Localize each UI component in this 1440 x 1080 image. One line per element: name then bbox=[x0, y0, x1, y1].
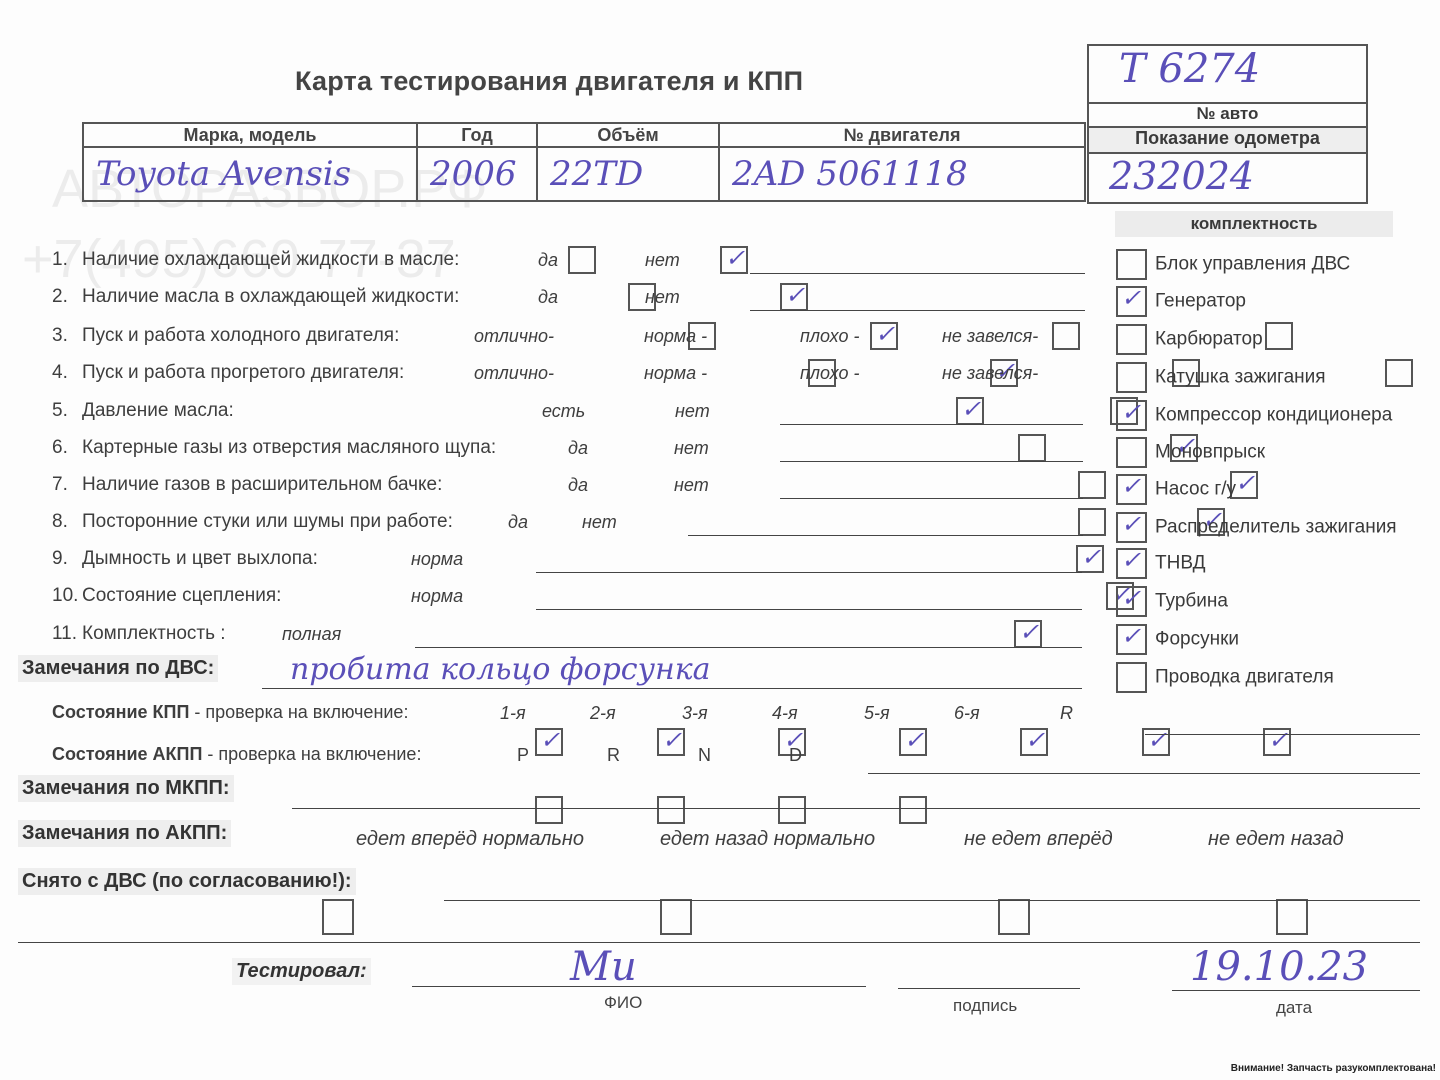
option-label: нет bbox=[582, 507, 617, 537]
gear-checkbox[interactable] bbox=[1142, 728, 1170, 756]
year-field[interactable]: 2006 bbox=[417, 147, 537, 201]
completeness-item[interactable]: Насос г/у bbox=[1114, 474, 1236, 506]
checkbox[interactable] bbox=[1116, 286, 1147, 317]
note-line[interactable] bbox=[750, 273, 1085, 274]
checkbox[interactable] bbox=[956, 397, 984, 425]
gear-checkbox[interactable] bbox=[1020, 728, 1048, 756]
check-row: 10.Состояние сцепления: bbox=[52, 580, 281, 612]
check-row: 5.Давление масла: bbox=[52, 395, 234, 427]
option-label: нет bbox=[645, 282, 680, 312]
mode-checkbox[interactable] bbox=[535, 796, 563, 824]
checkbox[interactable] bbox=[1116, 400, 1147, 431]
checkbox[interactable] bbox=[1116, 624, 1147, 655]
akpp-checkbox[interactable] bbox=[322, 899, 354, 935]
akpp-checkbox[interactable] bbox=[1276, 899, 1308, 935]
option-label: не завелся- bbox=[942, 321, 1038, 351]
date-field[interactable]: 19.10.23 bbox=[1190, 944, 1368, 990]
checkbox[interactable] bbox=[1078, 471, 1106, 499]
checkbox[interactable] bbox=[1116, 437, 1147, 468]
note-line[interactable] bbox=[536, 609, 1082, 610]
completeness-item[interactable]: Карбюратор bbox=[1114, 324, 1263, 356]
footer-warning: Внимание! Запчасть разукомплектована! bbox=[1231, 1063, 1436, 1074]
gear-checkbox[interactable] bbox=[1263, 728, 1291, 756]
option-label: норма - bbox=[644, 321, 707, 351]
page-title: Карта тестирования двигателя и КПП bbox=[295, 66, 803, 97]
col-engine-number: № двигателя bbox=[719, 123, 1085, 147]
option-label: да bbox=[538, 245, 558, 275]
col-year: Год bbox=[417, 123, 537, 147]
note-line[interactable] bbox=[415, 647, 1082, 648]
check-row: 6.Картерные газы из отверстия масляного … bbox=[52, 432, 496, 464]
akpp-checkbox[interactable] bbox=[660, 899, 692, 935]
odometer-label: Показание одометра bbox=[1089, 128, 1366, 154]
col-make-model: Марка, модель bbox=[83, 123, 417, 147]
note-line[interactable] bbox=[688, 535, 1083, 536]
note-line[interactable] bbox=[750, 310, 1085, 311]
option-label: да bbox=[508, 507, 528, 537]
checkbox[interactable] bbox=[1116, 662, 1147, 693]
check-row: 8.Посторонние стуки или шумы при работе: bbox=[52, 506, 453, 538]
removed-label: Снято с ДВС (по согласованию!): bbox=[18, 868, 356, 895]
signature-field[interactable] bbox=[898, 988, 1080, 989]
gear-checkbox[interactable] bbox=[899, 728, 927, 756]
mode-label: N bbox=[698, 740, 711, 770]
checkbox[interactable] bbox=[1116, 249, 1147, 280]
check-row: 9.Дымность и цвет выхлопа: bbox=[52, 543, 318, 575]
option-label: да bbox=[568, 433, 588, 463]
completeness-item[interactable]: Распределитель зажигания bbox=[1114, 512, 1397, 544]
completeness-item[interactable]: Проводка двигателя bbox=[1114, 662, 1334, 694]
checkbox[interactable] bbox=[1116, 512, 1147, 543]
manual-gearbox-label: Состояние КПП - проверка на включение: bbox=[52, 696, 408, 728]
checkbox[interactable] bbox=[1116, 362, 1147, 393]
completeness-item[interactable]: Форсунки bbox=[1114, 624, 1239, 656]
option-label: не завелся- bbox=[942, 358, 1038, 388]
option-label: плохо - bbox=[800, 358, 859, 388]
date-caption: дата bbox=[1276, 998, 1312, 1018]
mkpp-remarks-label: Замечания по МКПП: bbox=[18, 775, 234, 802]
akpp-checkbox[interactable] bbox=[998, 899, 1030, 935]
option-label: норма - bbox=[644, 358, 707, 388]
name-caption: ФИО bbox=[604, 993, 642, 1013]
checkbox[interactable] bbox=[1116, 586, 1147, 617]
checkbox[interactable] bbox=[1265, 322, 1293, 350]
auto-number-label: № авто bbox=[1089, 104, 1366, 128]
check-row: 11.Комплектность : bbox=[52, 618, 226, 650]
check-row: 2.Наличие масла в охлаждающей жидкости: bbox=[52, 281, 459, 313]
completeness-item[interactable]: Катушка зажигания bbox=[1114, 362, 1326, 394]
mode-label: D bbox=[789, 740, 802, 770]
option-label: норма bbox=[411, 544, 463, 574]
auto-number-field[interactable]: T 6274 bbox=[1089, 46, 1366, 104]
engine-number-field[interactable]: 2AD 5061118 bbox=[719, 147, 1085, 201]
divider bbox=[18, 942, 1420, 943]
option-label: отлично- bbox=[474, 358, 554, 388]
gear-checkbox[interactable] bbox=[657, 728, 685, 756]
mode-checkbox[interactable] bbox=[899, 796, 927, 824]
mode-label: R bbox=[607, 740, 620, 770]
completeness-item[interactable]: Генератор bbox=[1114, 286, 1246, 318]
checkbox[interactable] bbox=[1014, 620, 1042, 648]
mode-checkbox[interactable] bbox=[657, 796, 685, 824]
volume-field[interactable]: 22TD bbox=[537, 147, 719, 201]
signature-caption: подпись bbox=[953, 996, 1017, 1016]
option-label: нет bbox=[674, 433, 709, 463]
gear-label: R bbox=[1060, 698, 1073, 728]
mkpp-remarks-field[interactable] bbox=[292, 808, 1420, 809]
completeness-item[interactable]: ТНВД bbox=[1114, 548, 1205, 580]
checkbox[interactable] bbox=[1076, 545, 1104, 573]
engine-remarks-field[interactable]: пробита кольцо форсунка bbox=[290, 652, 711, 687]
checkbox[interactable] bbox=[1116, 548, 1147, 579]
checkbox[interactable] bbox=[568, 246, 596, 274]
akpp-option-label: не едет назад bbox=[1208, 824, 1344, 854]
option-label: есть bbox=[542, 396, 585, 426]
check-row: 3.Пуск и работа холодного двигателя: bbox=[52, 320, 399, 352]
note-line[interactable] bbox=[780, 424, 1083, 425]
option-label: нет bbox=[645, 245, 680, 275]
tested-by-label: Тестировал: bbox=[232, 958, 371, 985]
check-row: 7.Наличие газов в расширительном бачке: bbox=[52, 469, 442, 501]
gear-label: 4-я bbox=[772, 698, 798, 728]
auto-odometer-box: T 6274 № авто Показание одометра 232024 bbox=[1087, 44, 1368, 204]
akpp-option-label: едет вперёд нормально bbox=[356, 824, 584, 854]
gear-checkbox[interactable] bbox=[535, 728, 563, 756]
mode-label: P bbox=[517, 740, 529, 770]
completeness-item[interactable]: Турбина bbox=[1114, 586, 1228, 618]
gear-label: 2-я bbox=[590, 698, 616, 728]
name-field[interactable]: Ми bbox=[570, 944, 637, 990]
completeness-item[interactable]: Моновпрыск bbox=[1114, 437, 1265, 469]
akpp-option-label: не едет вперёд bbox=[964, 824, 1113, 854]
checkbox[interactable] bbox=[1018, 434, 1046, 462]
checkbox[interactable] bbox=[1078, 508, 1106, 536]
make-model-field[interactable]: Toyota Avensis bbox=[83, 147, 417, 201]
checkbox[interactable] bbox=[1052, 322, 1080, 350]
note-line[interactable] bbox=[536, 572, 1082, 573]
option-label: да bbox=[568, 470, 588, 500]
completeness-item[interactable]: Компрессор кондиционера bbox=[1114, 400, 1392, 432]
option-label: да bbox=[538, 282, 558, 312]
akpp-remarks-label: Замечания по АКПП: bbox=[18, 820, 231, 847]
option-label: нет bbox=[674, 470, 709, 500]
akpp-option-label: едет назад нормально bbox=[660, 824, 875, 854]
option-label: отлично- bbox=[474, 321, 554, 351]
note-line[interactable] bbox=[780, 461, 1083, 462]
gear-label: 6-я bbox=[954, 698, 980, 728]
checkbox[interactable] bbox=[1116, 324, 1147, 355]
removed-field[interactable] bbox=[444, 900, 1420, 901]
completeness-item[interactable]: Блок управления ДВС bbox=[1114, 249, 1350, 281]
gear-label: 3-я bbox=[682, 698, 708, 728]
odometer-field[interactable]: 232024 bbox=[1089, 154, 1366, 202]
option-label: нет bbox=[675, 396, 710, 426]
auto-gearbox-label: Состояние АКПП - проверка на включение: bbox=[52, 738, 421, 770]
checkbox[interactable] bbox=[780, 283, 808, 311]
note-line[interactable] bbox=[780, 498, 1083, 499]
checkbox[interactable] bbox=[720, 246, 748, 274]
gear-label: 1-я bbox=[500, 698, 526, 728]
option-label: полная bbox=[282, 619, 341, 649]
col-volume: Объём bbox=[537, 123, 719, 147]
completeness-title: комплектность bbox=[1115, 211, 1393, 237]
gear-label: 5-я bbox=[864, 698, 890, 728]
option-label: плохо - bbox=[800, 321, 859, 351]
checkbox[interactable] bbox=[1385, 359, 1413, 387]
check-row: 1.Наличие охлаждающей жидкости в масле: bbox=[52, 244, 459, 276]
engine-remarks-label: Замечания по ДВС: bbox=[18, 655, 218, 682]
vehicle-header-table: Марка, модель Год Объём № двигателя Toyo… bbox=[82, 122, 1086, 202]
checkbox[interactable] bbox=[870, 322, 898, 350]
mode-checkbox[interactable] bbox=[778, 796, 806, 824]
checkbox[interactable] bbox=[1116, 474, 1147, 505]
option-label: норма bbox=[411, 581, 463, 611]
check-row: 4.Пуск и работа прогретого двигателя: bbox=[52, 357, 404, 389]
